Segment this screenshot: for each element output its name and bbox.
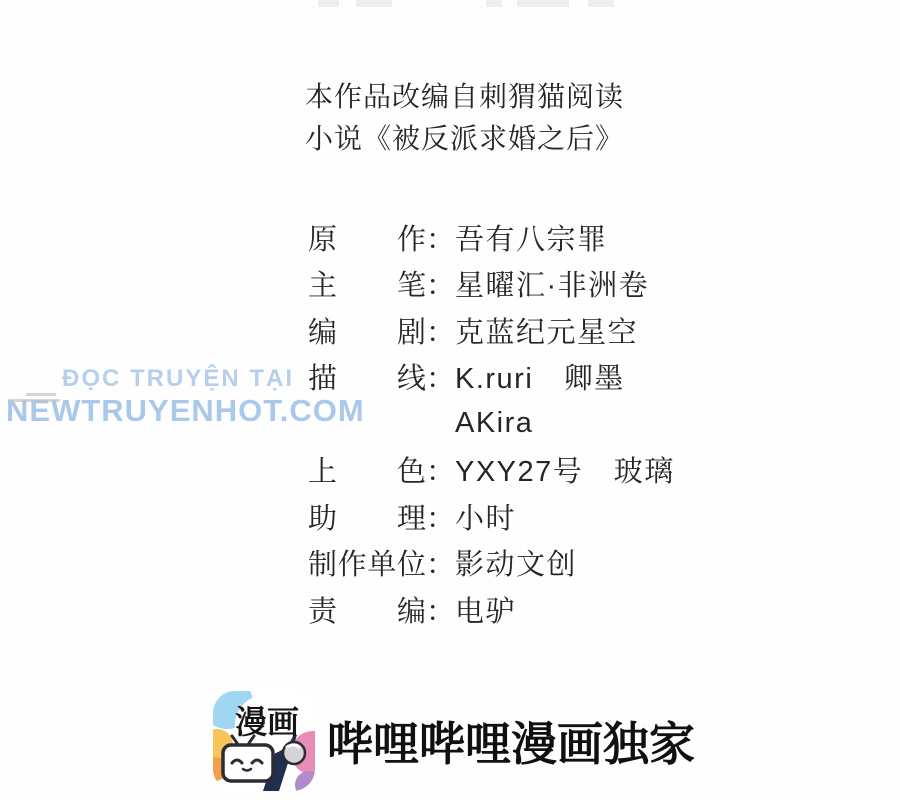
- bilibili-manga-app-icon: 漫画: [213, 691, 315, 791]
- credit-row-coloring: 上色：YXY27号 玻璃: [308, 447, 675, 494]
- tv-mouth: [243, 769, 251, 771]
- credit-colon: ：: [426, 589, 455, 630]
- credit-row-production-studio: 制作单位：影动文创: [308, 540, 675, 587]
- adaptation-notice: 本作品改编自刺猬猫阅读 小说《被反派求婚之后》: [305, 76, 624, 160]
- site-watermark: ĐỌC TRUYỆN TẠI NEWTRUYENHOT.COM: [6, 364, 350, 428]
- credit-value: 影动文创: [455, 542, 577, 583]
- credit-value: 克蓝纪元星空: [455, 310, 638, 351]
- credit-row-editor: 责编：电驴: [308, 586, 675, 633]
- credit-label: 上色: [308, 449, 426, 490]
- credit-colon: ：: [426, 449, 455, 490]
- cropped-text-remnant: [517, 0, 569, 7]
- credit-value: 吾有八宗罪: [455, 217, 608, 258]
- site-watermark-tagline: ĐỌC TRUYỆN TẠI: [6, 364, 350, 394]
- cropped-text-remnant: [486, 0, 502, 7]
- credit-value: YXY27号 玻璃: [455, 449, 675, 490]
- credit-colon: ：: [426, 356, 455, 397]
- credit-row-lead-artist: 主笔：星曜汇·非洲卷: [308, 261, 675, 308]
- credit-label: 描线: [308, 356, 426, 397]
- credit-colon: ：: [426, 542, 455, 583]
- credit-label: 制作单位: [308, 542, 426, 583]
- credit-value: 星曜汇·非洲卷: [455, 263, 649, 304]
- credit-value: AKira: [455, 407, 533, 440]
- manga-credits-page: 本作品改编自刺猬猫阅读 小说《被反派求婚之后》 原作：吾有八宗罪 主笔：星曜汇·…: [0, 0, 900, 800]
- credit-value: 小时: [455, 496, 516, 537]
- adaptation-notice-line2: 小说《被反派求婚之后》: [305, 118, 624, 160]
- tiny-text-smudge: [26, 393, 56, 396]
- credit-row-screenwriter: 编剧：克蓝纪元星空: [308, 307, 675, 354]
- publisher-footer: 漫画 哔哩哔哩漫画独家: [213, 691, 695, 791]
- credit-label: 原作: [308, 217, 426, 258]
- cropped-text-remnant: [356, 0, 392, 7]
- credit-colon: ：: [426, 496, 455, 537]
- credit-label: 编剧: [308, 310, 426, 351]
- credit-row-line-art-continued: AKira: [308, 400, 675, 447]
- credit-label: 责编: [308, 589, 426, 630]
- cropped-text-remnant: [588, 0, 614, 7]
- credit-value: 电驴: [455, 589, 516, 630]
- adaptation-notice-line1: 本作品改编自刺猬猫阅读: [305, 76, 624, 118]
- credit-value: K.ruri 卿墨: [455, 356, 625, 397]
- credit-row-original-author: 原作：吾有八宗罪: [308, 214, 675, 261]
- credit-colon: ：: [426, 310, 455, 351]
- exclusive-publisher-text: 哔哩哔哩漫画独家: [327, 708, 695, 774]
- credit-label: 助理: [308, 496, 426, 537]
- credit-label: 主笔: [308, 263, 426, 304]
- staff-credits-list: 原作：吾有八宗罪 主笔：星曜汇·非洲卷 编剧：克蓝纪元星空 描线：K.ruri …: [308, 214, 675, 633]
- app-icon-logo-text: 漫画: [235, 704, 299, 740]
- credit-row-line-art: 描线：K.ruri 卿墨: [308, 354, 675, 401]
- credit-row-assistant: 助理：小时: [308, 493, 675, 540]
- cropped-text-remnant: [318, 0, 339, 7]
- credit-colon: ：: [426, 263, 455, 304]
- credit-colon: ：: [426, 217, 455, 258]
- tiny-text-smudge: [8, 399, 60, 402]
